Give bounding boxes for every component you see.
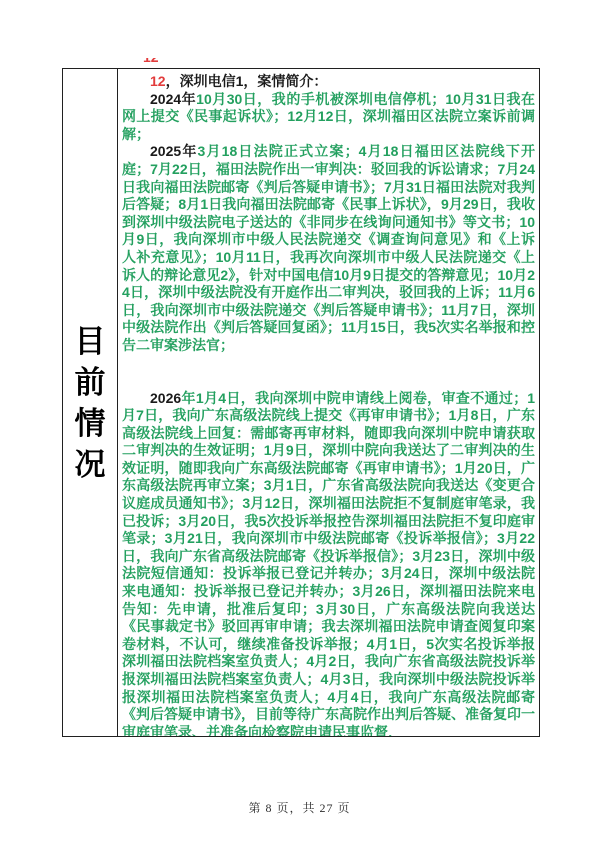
paragraph-2024: 2024年10月30日，我的手机被深圳电信停机；10月31日我在网上提交《民事起… [122,91,535,144]
case-number: 12 [150,73,166,89]
year-2024: 2024年 [150,91,196,107]
case-status-table: 目前情况 12，深圳电信1，案情简介： 2024年10月30日，我的手机被深圳电… [62,68,540,737]
timeline-2026: 年1月4日，我向深圳中院申请线上阅卷，审查不通过；1月7日，我向广东高级法院线上… [122,390,535,737]
paragraph-2026: 2026年1月4日，我向深圳中院申请线上阅卷，审查不通过；1月7日，我向广东高级… [122,390,535,737]
row-label-cell: 目前情况 [63,69,118,736]
year-2026: 2026 [150,390,181,406]
year-2025: 2025年 [150,143,198,159]
timeline-2025: 3月18日法院正式立案；4月18日福田区法院线下开庭；7月22日，福田法院作出一… [122,143,535,353]
case-title: ，深圳电信1，案情简介： [166,73,328,89]
case-header-line: 12，深圳电信1，案情简介： [122,73,535,91]
paragraph-2025: 2025年3月18日法院正式立案；4月18日福田区法院线下开庭；7月22日，福田… [122,143,535,354]
cutoff-text: 12 [143,58,163,67]
page-number-footer: 第 8 页，共 27 页 [0,799,599,816]
cutoff-text-artifact: 12 [143,58,163,67]
case-content-cell: 12，深圳电信1，案情简介： 2024年10月30日，我的手机被深圳电信停机；1… [118,69,539,736]
row-label-current-situation: 目前情况 [73,321,107,485]
